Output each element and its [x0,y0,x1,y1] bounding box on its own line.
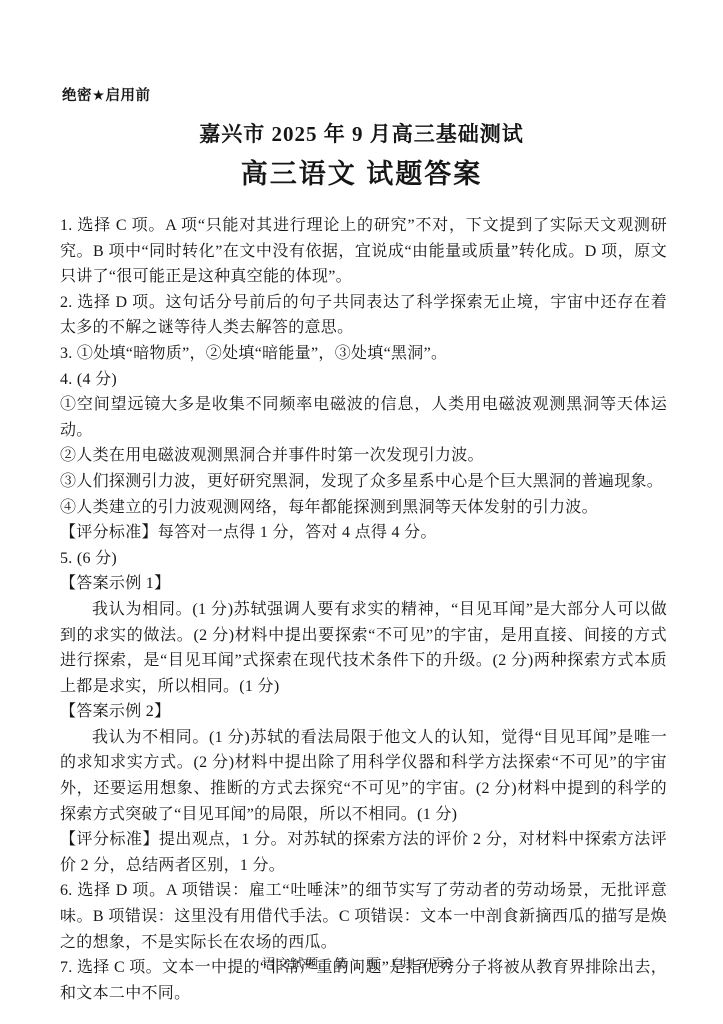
answers-body: 1. 选择 C 项。A 项“只能对其进行理论上的研究”不对，下文提到了实际天文观… [60,213,667,1006]
security-classification-label: 绝密★启用前 [62,84,151,105]
answer-item-5-rubric: 【评分标准】提出观点，1 分。对苏轼的探索方法的评价 2 分，对材料中探索方法评… [60,827,667,878]
answer-sheet-title: 高三语文 试题答案 [0,152,723,191]
answer-item-3: 3. ①处填“暗物质”，②处填“暗能量”，③处填“黑洞”。 [60,341,667,367]
answer-item-5-example-1-text: 我认为相同。(1 分)苏轼强调人要有求实的精神，“目见耳闻”是大部分人可以做到的… [60,597,667,699]
exam-answer-page: 绝密★启用前 嘉兴市 2025 年 9 月高三基础测试 高三语文 试题答案 1.… [0,0,723,1024]
answer-item-5-example-2-text: 我认为不相同。(1 分)苏轼的看法局限于他文人的认知，觉得“目见耳闻”是唯一的求… [60,725,667,827]
answer-item-1: 1. 选择 C 项。A 项“只能对其进行理论上的研究”不对，下文提到了实际天文观… [60,213,667,290]
exam-title: 嘉兴市 2025 年 9 月高三基础测试 [0,118,723,148]
answer-item-5-example-2-label: 【答案示例 2】 [60,699,667,725]
answer-item-4-rubric: 【评分标准】每答对一点得 1 分，答对 4 点得 4 分。 [60,520,667,546]
answer-item-5-heading: 5. (6 分) [60,546,667,572]
answer-item-4-point-3: ③人们探测引力波，更好研究黑洞，发现了众多星系中心是个巨大黑洞的普遍现象。 [60,469,667,495]
page-footer: 语文试题 第 1 页 （共 5 页） [0,953,723,972]
answer-item-2: 2. 选择 D 项。这句话分号前后的句子共同表达了科学探索无止境，宇宙中还存在着… [60,290,667,341]
answer-item-4-heading: 4. (4 分) [60,367,667,393]
answer-item-5-example-1-label: 【答案示例 1】 [60,571,667,597]
answer-item-4-point-1: ①空间望远镜大多是收集不同频率电磁波的信息，人类用电磁波观测黑洞等天体运动。 [60,392,667,443]
answer-item-4-point-2: ②人类在用电磁波观测黑洞合并事件时第一次发现引力波。 [60,443,667,469]
answer-item-4-point-4: ④人类建立的引力波观测网络，每年都能探测到黑洞等天体发射的引力波。 [60,495,667,521]
answer-item-6: 6. 选择 D 项。A 项错误：雇工“吐唾沫”的细节实写了劳动者的劳动场景，无批… [60,878,667,955]
